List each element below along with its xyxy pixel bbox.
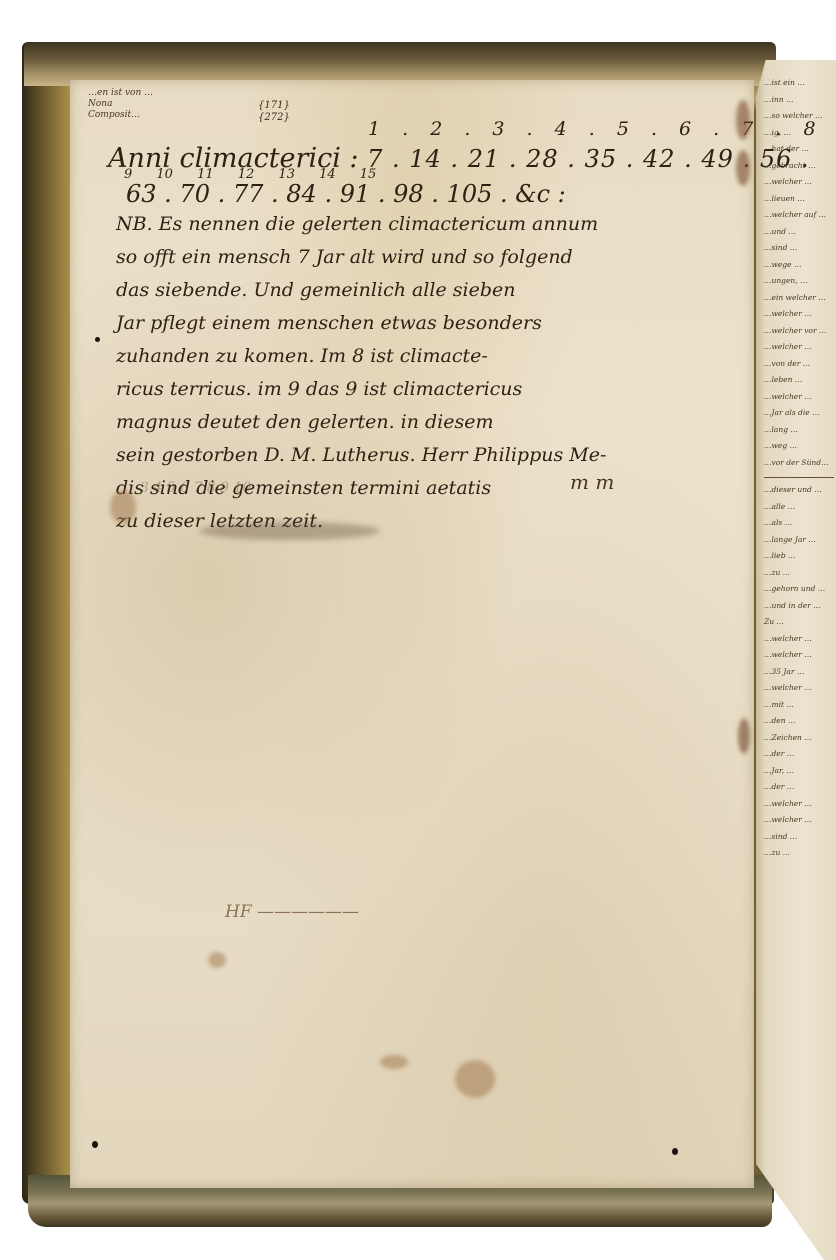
stain xyxy=(380,1055,408,1069)
facing-page-divider xyxy=(764,477,834,478)
wormhole xyxy=(95,337,100,342)
body-line: ricus terricus. im 9 das 9 ist climacter… xyxy=(116,373,606,406)
ink-smudge xyxy=(200,522,380,540)
body-line: NB. Es nennen die gelerten climactericum… xyxy=(116,208,606,241)
stain xyxy=(110,490,136,524)
lower-scribble: HF —————— xyxy=(225,902,359,922)
wormhole xyxy=(92,1141,98,1148)
body-line: sein gestorben D. M. Lutherus. Herr Phil… xyxy=(116,439,606,472)
index-numbers: 1 . 2 . 3 . 4 . 5 . 6 . 7 . 8 . xyxy=(368,118,836,140)
facing-page-lines-bottom: …dieser und … …alle … …als … …lange Jar … xyxy=(764,482,836,862)
stain xyxy=(455,1060,495,1098)
stain xyxy=(738,718,750,754)
stain xyxy=(736,100,750,140)
body-line: so offt ein mensch 7 Jar alt wird und so… xyxy=(116,241,606,274)
margin-marks: m m xyxy=(570,470,614,494)
facing-page-text: …ist ein … …inn … …so welcher … …ig, … …… xyxy=(764,75,836,862)
body-line: das siebende. Und gemeinlich alle sieben xyxy=(116,274,606,307)
body-line: zuhanden zu komen. Im 8 ist climacte- xyxy=(116,340,606,373)
wormhole xyxy=(672,1148,678,1155)
bracket-note: {171} {272} xyxy=(258,100,290,124)
corner-note: …en ist von … Nona Composit… xyxy=(88,88,153,121)
stain xyxy=(208,952,226,968)
stain xyxy=(736,150,750,186)
body-line: Jar pflegt einem menschen etwas besonder… xyxy=(116,307,606,340)
faint-numbers: 3 4 5 6 7 8 9 10 xyxy=(140,480,251,496)
body-line: magnus deutet den gelerten. in diesem xyxy=(116,406,606,439)
continued-numbers: 63 . 70 . 77 . 84 . 91 . 98 . 105 . &c : xyxy=(126,180,566,208)
